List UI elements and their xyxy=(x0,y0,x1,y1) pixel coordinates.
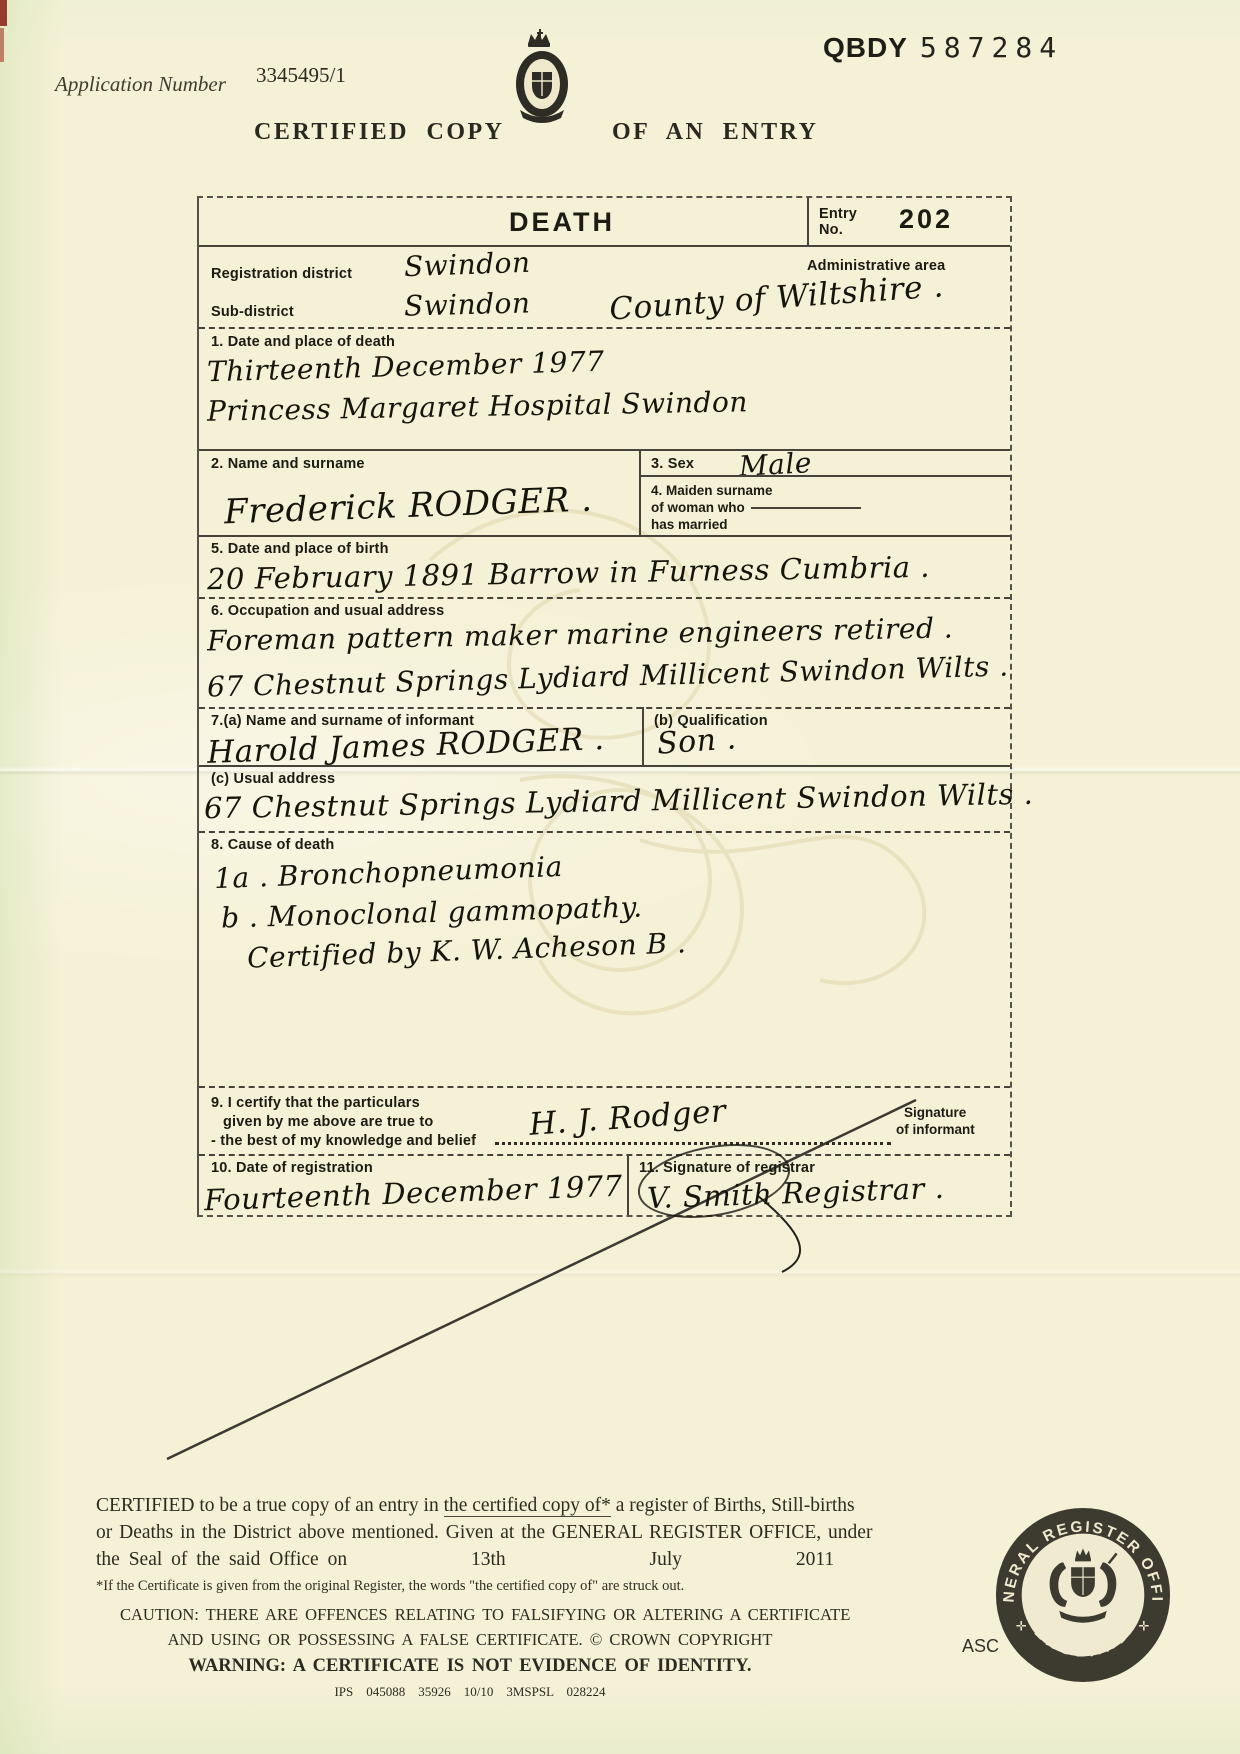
title-of-an-entry: OF AN ENTRY xyxy=(612,119,818,146)
divider-line xyxy=(639,449,641,535)
serial-number: 587284 xyxy=(920,31,1063,64)
field1-line1: Thirteenth December 1977 xyxy=(207,345,605,388)
field8-line2: b . Monoclonal gammopathy. xyxy=(221,890,643,934)
field10-label: 10. Date of registration xyxy=(211,1160,373,1176)
divider-line xyxy=(199,1154,1010,1156)
divider-line xyxy=(199,449,1010,451)
scan-artifact xyxy=(0,0,7,26)
field4-blank-rule xyxy=(751,507,861,509)
serial-prefix: QBDY xyxy=(823,32,908,64)
field4-label-line1: 4. Maiden surname xyxy=(651,482,861,499)
field7b-value: Son . xyxy=(656,721,738,761)
cert-line1-post: a register of Births, Still-births xyxy=(611,1495,855,1516)
divider-line xyxy=(807,198,809,245)
seal-date-month: July xyxy=(650,1546,683,1573)
seal-cross-left-icon: ✛ xyxy=(1016,1620,1027,1634)
divider-line xyxy=(199,535,1010,537)
entry-number: 202 xyxy=(899,204,953,235)
entry-label-line1: Entry xyxy=(819,206,857,222)
field8-line3: Certified by K. W. Acheson B . xyxy=(247,926,687,974)
informant-signature-dotted-line xyxy=(495,1142,891,1145)
cert-line1-underlined: the certified copy of* xyxy=(444,1495,611,1517)
scan-artifact xyxy=(0,28,4,62)
signature-of-informant-label: Signature of informant xyxy=(896,1104,975,1138)
field6-label: 6. Occupation and usual address xyxy=(211,603,444,619)
field1-line2: Princess Margaret Hospital Swindon xyxy=(207,385,748,427)
cert-line2: or Deaths in the District above mentione… xyxy=(96,1519,866,1546)
field8-line1: 1a . Bronchopneumonia xyxy=(214,850,564,895)
divider-line xyxy=(199,327,1010,329)
divider-line xyxy=(199,765,1010,767)
divider-line xyxy=(199,707,1010,709)
fold-crease xyxy=(0,1268,1240,1278)
field2-value: Frederick RODGER . xyxy=(223,480,593,533)
application-number-value: 3345495/1 xyxy=(256,63,346,88)
field1-label: 1. Date and place of death xyxy=(211,334,395,350)
field2-label: 2. Name and surname xyxy=(211,456,365,472)
field4-label-line3: has married xyxy=(651,516,861,533)
administrative-area-value: County of Wiltshire . xyxy=(608,268,945,327)
registration-district-value: Swindon xyxy=(403,246,531,283)
serial-number-group: QBDY 587284 xyxy=(823,31,1063,64)
royal-crest-icon xyxy=(506,26,578,126)
sig-label-line2: of informant xyxy=(896,1121,975,1138)
sig-label-line1: Signature xyxy=(896,1104,975,1121)
certification-paragraph: CERTIFIED to be a true copy of an entry … xyxy=(96,1492,866,1573)
informant-signature: H. J. Rodger xyxy=(528,1093,727,1143)
cert-line3: the Seal of the said Office on 13th July… xyxy=(96,1546,866,1573)
field9-label-line2: given by me above are true to xyxy=(211,1113,476,1132)
field8-label: 8. Cause of death xyxy=(211,837,334,853)
caution-line2: AND USING OR POSSESSING A FALSE CERTIFIC… xyxy=(120,1627,820,1652)
entry-label-line2: No. xyxy=(819,222,857,238)
field9-label-line1: 9. I certify that the particulars xyxy=(211,1094,476,1113)
title-certified-copy: CERTIFIED COPY xyxy=(254,119,505,146)
divider-line xyxy=(642,707,644,765)
cert-line1-pre: CERTIFIED to be a true copy of an entry … xyxy=(96,1495,444,1516)
divider-line xyxy=(627,1154,629,1215)
ips-line: IPS 045088 35926 10/10 3MSPSL 028224 xyxy=(120,1681,820,1703)
field3-value: Male xyxy=(738,446,813,483)
warning-line: WARNING: A CERTIFICATE IS NOT EVIDENCE O… xyxy=(120,1652,820,1681)
general-register-office-seal: GENERAL REGISTER OFFICE ENGLAND ✛ ✛ xyxy=(992,1504,1174,1686)
divider-line xyxy=(199,831,1010,833)
cert-line3-text: the Seal of the said Office on xyxy=(96,1549,347,1570)
field7c-label: (c) Usual address xyxy=(211,771,335,787)
field9-label-line3: - the best of my knowledge and belief xyxy=(211,1132,476,1151)
footnote: *If the Certificate is given from the or… xyxy=(96,1578,684,1595)
sub-district-label: Sub-district xyxy=(211,304,294,320)
death-entry-form: DEATH Entry No. 202 Registration distric… xyxy=(197,196,1012,1217)
field5-label: 5. Date and place of birth xyxy=(211,541,389,557)
caution-block: CAUTION: THERE ARE OFFENCES RELATING TO … xyxy=(120,1602,820,1703)
field9-label: 9. I certify that the particulars given … xyxy=(211,1094,476,1151)
seal-date-year: 2011 xyxy=(796,1546,834,1573)
divider-line xyxy=(199,597,1010,599)
certificate-page: Application Number 3345495/1 CERTIFIED C… xyxy=(0,0,1240,1754)
application-number-label: Application Number xyxy=(55,72,226,97)
field4-label-line2: of woman who xyxy=(651,500,745,515)
caution-line1: CAUTION: THERE ARE OFFENCES RELATING TO … xyxy=(120,1602,820,1627)
field4-label: 4. Maiden surname of woman who has marri… xyxy=(651,482,861,533)
entry-no-label: Entry No. xyxy=(819,206,857,238)
field4-label-line2-row: of woman who xyxy=(651,499,861,516)
divider-line xyxy=(199,245,1010,247)
field3-label: 3. Sex xyxy=(651,456,694,472)
sub-district-value: Swindon xyxy=(404,286,531,322)
seal-cross-right-icon: ✛ xyxy=(1138,1620,1149,1634)
cert-line1: CERTIFIED to be a true copy of an entry … xyxy=(96,1492,866,1519)
registration-district-label: Registration district xyxy=(211,266,352,282)
form-title-death: DEATH xyxy=(509,207,615,238)
divider-line xyxy=(639,475,1010,477)
field6-line2: 67 Chestnut Springs Lydiard Millicent Sw… xyxy=(207,650,1009,704)
divider-line xyxy=(199,1086,1010,1088)
seal-date-day: 13th xyxy=(471,1546,506,1573)
